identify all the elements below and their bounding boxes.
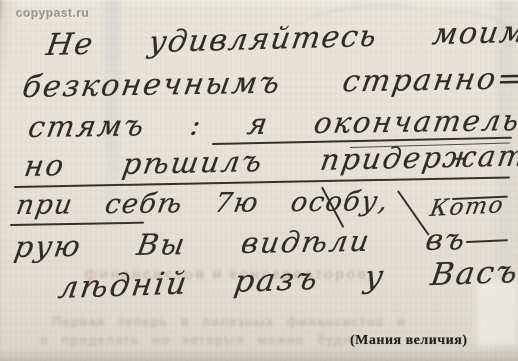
verso-bleedthrough-text: Первая теперь в полезных финансистов и [52, 314, 406, 329]
ink-underline [10, 222, 144, 226]
handwriting-line-2: безконечнымъ странно= [20, 61, 518, 105]
verso-bleedthrough-text: о приделать но которыя можно будет [40, 332, 358, 347]
handwriting-line-5: при себѣ 7ю особу, [14, 186, 391, 221]
printed-caption: (Мания величия) [350, 333, 467, 349]
scanned-handwritten-note: финансистов и консерваторов Первая тепер… [0, 0, 518, 361]
watermark: copypast.ru [16, 6, 90, 20]
handwriting-line-1: Не удивляйтесь моимъ [44, 14, 518, 63]
